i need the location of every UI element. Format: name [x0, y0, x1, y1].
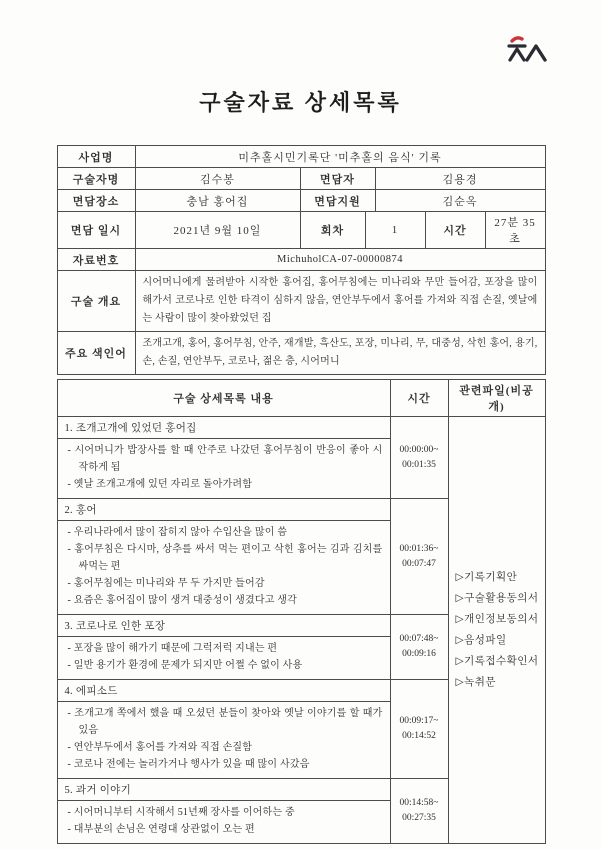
section-1-title: 1. 조개고개에 있었던 홍어집 — [57, 417, 390, 439]
bullet-line: - 요즘은 홍어집이 많이 생겨 대중성이 생겼다고 생각 — [65, 592, 383, 609]
related-files-cell: ▷기록기획안 ▷구술활용동의서 ▷개인정보동의서 ▷음성파일 ▷기록접수확인서 … — [448, 417, 545, 844]
summary-label: 구술 개요 — [57, 271, 135, 332]
section-4-time: 00:09:17~ 00:14:52 — [390, 680, 448, 779]
section-5-title: 5. 과거 이야기 — [57, 779, 390, 801]
bullet-line: - 코로나 전에는 놀러가거나 행사가 있을 때 많이 사갔음 — [65, 756, 383, 773]
detail-header-time: 시간 — [390, 380, 448, 417]
related-file-item: ▷음성파일 — [456, 630, 541, 651]
bullet-line: - 우리나라에서 많이 잡히지 않아 수입산을 많이 씀 — [65, 524, 383, 541]
interviewer-label: 면담자 — [300, 168, 375, 190]
keywords-label: 주요 색인어 — [57, 332, 135, 375]
section-3-title: 3. 코로나로 인한 포장 — [57, 615, 390, 637]
section-5-bullets: - 시어머니부터 시작해서 51년째 장사를 이어하는 중 - 대부분의 손님은… — [57, 801, 390, 844]
related-file-item: ▷개인정보동의서 — [456, 609, 541, 630]
document-page: 구술자료 상세목록 사업명 미추홀시민기록단 '미추홀의 음식' 기록 구술자명… — [0, 0, 601, 850]
section-2-bullets: - 우리나라에서 많이 잡히지 않아 수입산을 많이 씀 - 홍어무침은 다시마… — [57, 521, 390, 615]
related-file-item: ▷녹취문 — [456, 672, 541, 693]
section-3-time: 00:07:48~ 00:09:16 — [390, 615, 448, 680]
section-1-time: 00:00:00~ 00:01:35 — [390, 417, 448, 499]
bullet-line: - 조개고개 쪽에서 했을 때 오셨던 분들이 찾아와 옛날 이야기를 할 때가… — [65, 705, 383, 739]
section-1-bullets: - 시어머니가 밥장사를 할 때 안주로 나갔던 홍어무침이 반응이 좋아 시작… — [57, 439, 390, 499]
project-name-value: 미추홀시민기록단 '미추홀의 음식' 기록 — [135, 146, 545, 168]
summary-text: 시어머니에게 물려받아 시작한 홍어집, 홍어무침에는 미나리와 무만 들어감,… — [135, 271, 545, 332]
narrator-label: 구술자명 — [57, 168, 135, 190]
duration-label: 시간 — [425, 212, 485, 249]
bullet-line: - 홍어무침에는 미나리와 무 두 가지만 들어감 — [65, 575, 383, 592]
bullet-line: - 옛날 조개고개에 있던 자리로 돌아가려함 — [65, 476, 383, 493]
session-label: 회차 — [300, 212, 365, 249]
bullet-line: - 일반 용기가 환경에 문제가 되지만 어쩔 수 없이 사용 — [65, 657, 383, 674]
section-4-title: 4. 에피소드 — [57, 680, 390, 702]
detail-header-content: 구술 상세목록 내용 — [57, 380, 390, 417]
section-4-bullets: - 조개고개 쪽에서 했을 때 오셨던 분들이 찾아와 옛날 이야기를 할 때가… — [57, 702, 390, 779]
record-id-label: 자료번호 — [57, 249, 135, 271]
keywords-text: 조개고개, 홍어, 홍어무침, 안주, 재개발, 흑산도, 포장, 미나리, 무… — [135, 332, 545, 375]
bullet-line: - 대부분의 손님은 연령대 상관없이 오는 편 — [65, 821, 383, 838]
section-5-time: 00:14:58~ 00:27:35 — [390, 779, 448, 844]
bullet-line: - 홍어무침은 다시마, 상추를 싸서 먹는 편이고 삭힌 홍어는 김과 김치를… — [65, 541, 383, 575]
bullet-line: - 포장을 많이 해가기 때문에 그럭저럭 지내는 편 — [65, 640, 383, 657]
project-name-label: 사업명 — [57, 146, 135, 168]
place-label: 면담장소 — [57, 190, 135, 212]
info-table: 사업명 미추홀시민기록단 '미추홀의 음식' 기록 구술자명 김수봉 면담자 김… — [57, 145, 546, 375]
related-file-item: ▷구술활용동의서 — [456, 588, 541, 609]
date-value: 2021년 9월 10일 — [135, 212, 300, 249]
michuhol-logo-icon — [505, 34, 549, 64]
tables-wrapper: 사업명 미추홀시민기록단 '미추홀의 음식' 기록 구술자명 김수봉 면담자 김… — [57, 145, 545, 844]
section-3-bullets: - 포장을 많이 해가기 때문에 그럭저럭 지내는 편 - 일반 용기가 환경에… — [57, 637, 390, 680]
section-2-time: 00:01:36~ 00:07:47 — [390, 499, 448, 615]
detail-table: 구술 상세목록 내용 시간 관련파일(비공개) 1. 조개고개에 있었던 홍어집… — [57, 379, 546, 844]
duration-value: 27분 35초 — [485, 212, 545, 249]
narrator-value: 김수봉 — [135, 168, 300, 190]
session-value: 1 — [365, 212, 425, 249]
related-file-item: ▷기록기획안 — [456, 567, 541, 588]
bullet-line: - 시어머니가 밥장사를 할 때 안주로 나갔던 홍어무침이 반응이 좋아 시작… — [65, 442, 383, 476]
support-label: 면담지원 — [300, 190, 375, 212]
record-id-value: MichuholCA-07-00000874 — [135, 249, 545, 271]
place-value: 충남 홍어집 — [135, 190, 300, 212]
section-2-title: 2. 홍어 — [57, 499, 390, 521]
bullet-line: - 연안부두에서 홍어를 가져와 직접 손질함 — [65, 739, 383, 756]
related-file-item: ▷기록접수확인서 — [456, 651, 541, 672]
bullet-line: - 시어머니부터 시작해서 51년째 장사를 이어하는 중 — [65, 804, 383, 821]
support-value: 김순옥 — [375, 190, 545, 212]
detail-header-files: 관련파일(비공개) — [448, 380, 545, 417]
interviewer-value: 김용경 — [375, 168, 545, 190]
date-label: 면담 일시 — [57, 212, 135, 249]
